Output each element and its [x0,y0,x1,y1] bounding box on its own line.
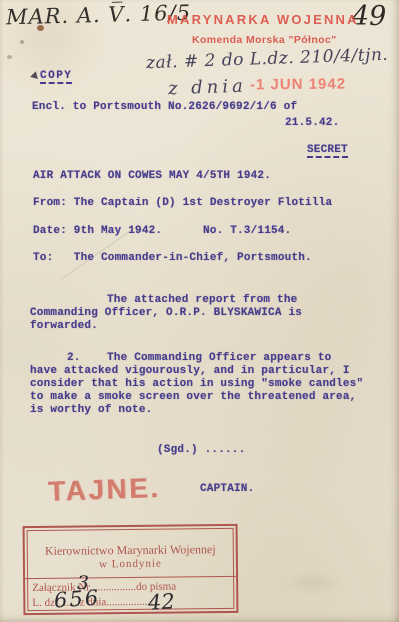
registry-org-location: w Londynie [25,557,236,571]
signer-title: CAPTAIN. [200,483,254,495]
z-dnia-handwriting: z dnia [168,76,247,100]
navy-stamp-line2: Komenda Morska "Północ" [192,34,337,46]
paragraph1-line: forwarded. [30,320,98,332]
archive-reference-handwriting: MAR. A. V̅. 16/5 [6,1,192,30]
paragraph1-line: The attached report from the [107,294,297,306]
paper-stain [284,570,344,596]
classification-label: SECRET [307,144,348,158]
navy-stamp-line1: MARYNARKA WOJENNA [167,12,359,27]
registry-date-handwriting: 42 [147,589,175,614]
paragraph1-line: Commanding Officer, O.R.P. BLYSKAWICA is [30,307,302,319]
enclosure-line: Encl. to Portsmouth No.2626/9692/1/6 of [32,101,297,113]
attachment-note-handwriting: zał. # 2 do L.dz. 210/4/tjn. [146,45,389,73]
tajne-secret-stamp: TAJNE. [47,472,161,508]
to-line: To: The Commander-in-Chief, Portsmouth. [33,252,312,264]
registry-ldz-number-handwriting: 656 [53,585,101,612]
paragraph2-line: consider that his action in using "smoke… [30,378,363,390]
subject-line: AIR ATTACK ON COWES MAY 4/5TH 1942. [33,170,271,182]
paper-stain [20,40,24,44]
paragraph2-line: have attacked vigourously, and in partic… [30,365,350,377]
from-line: From: The Captain (D) 1st Destroyer Flot… [33,197,332,209]
paragraph2-line: to make a smoke screen over the threaten… [30,391,356,403]
enclosure-date: 21.5.42. [285,117,339,129]
paper-stain [7,55,12,59]
copy-label: COPY [40,70,72,84]
reference-number: No. T.3/1154. [203,225,291,237]
date-received-stamp: -1 JUN 1942 [250,76,346,94]
paragraph2-number: 2. [67,352,81,364]
signed-line: (Sgd.) ...... [157,444,245,456]
paragraph2-line: The Commanding Officer appears to [107,352,331,364]
date-line: Date: 9th May 1942. [33,225,162,237]
paragraph2-line: is worthy of note. [30,404,152,416]
ink-smudge [29,71,38,81]
scanned-document-page: MAR. A. V̅. 16/5 49 MARYNARKA WOJENNA Ko… [0,0,399,622]
